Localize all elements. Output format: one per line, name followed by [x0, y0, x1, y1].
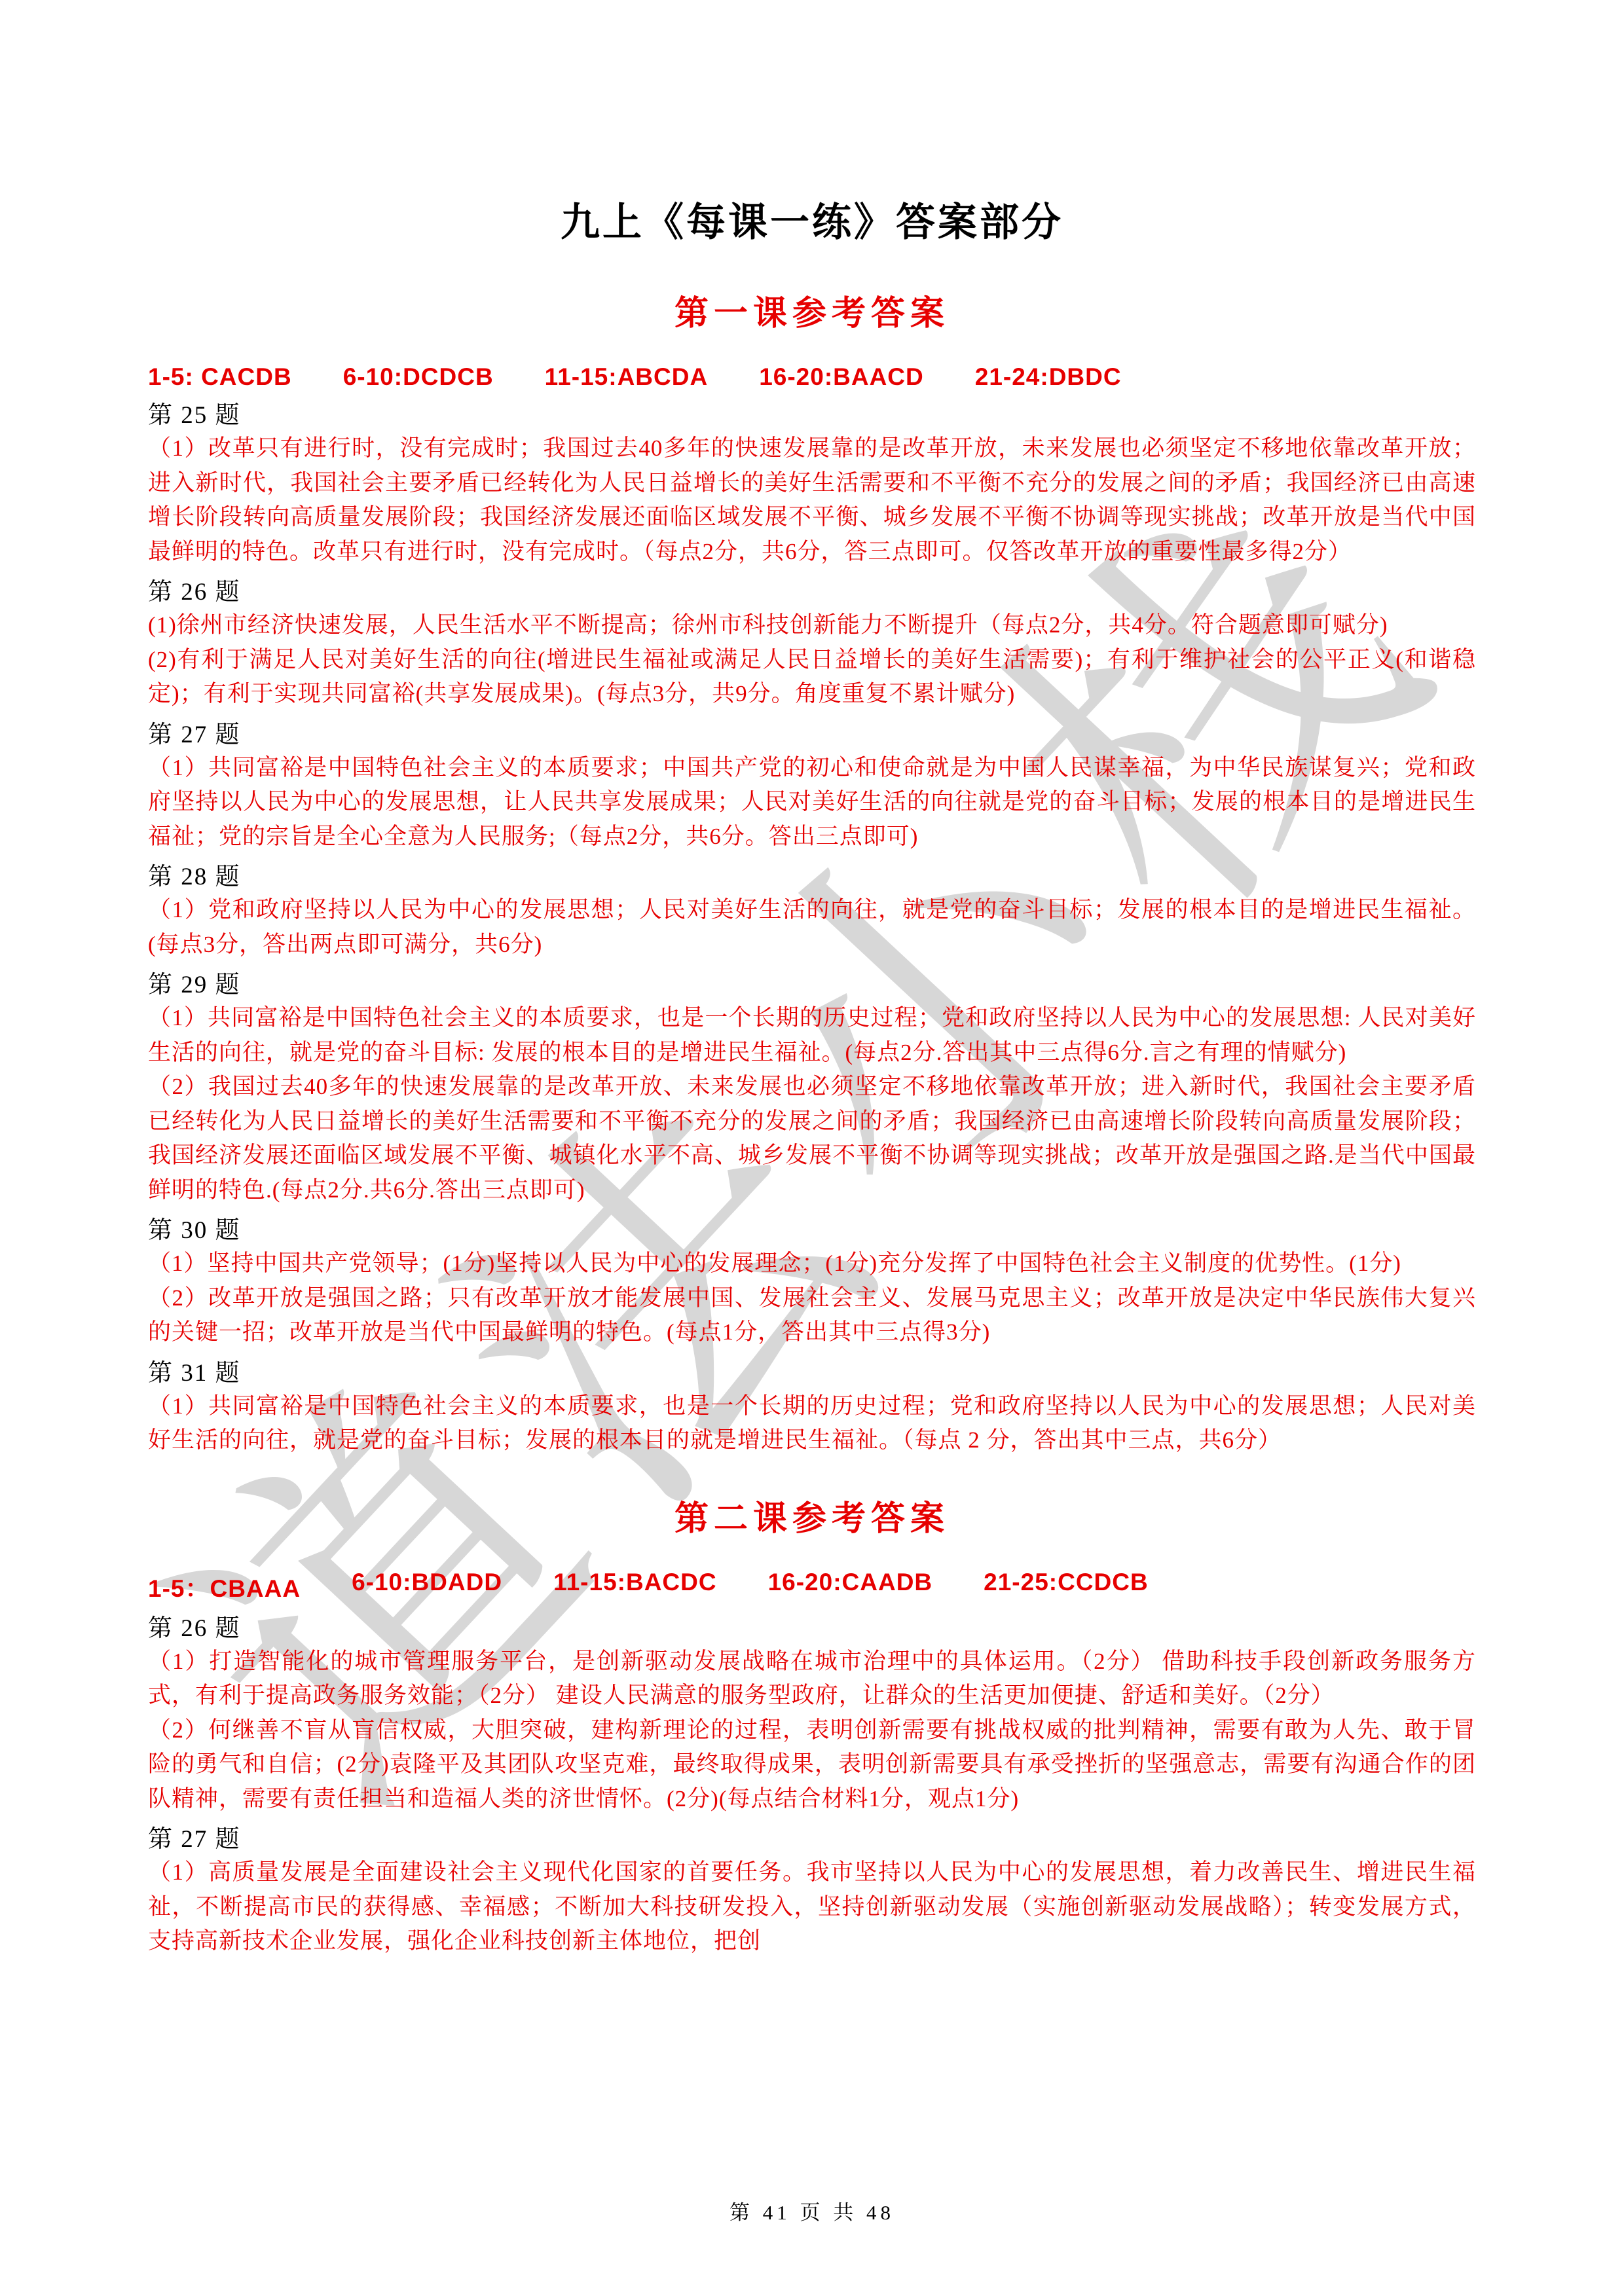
- answer-key-group: 11-15:ABCDA: [545, 363, 709, 391]
- answer-paragraph: （1）共同富裕是中国特色社会主义的本质要求，也是一个长期的历史过程；党和政府坚持…: [148, 1001, 1476, 1070]
- answer-paragraph: （1）高质量发展是全面建设社会主义现代化国家的首要任务。我市坚持以人民为中心的发…: [148, 1855, 1476, 1959]
- answer-key-group: 21-24:DBDC: [975, 363, 1122, 391]
- answer-key-group: 21-25:CCDCB: [984, 1569, 1149, 1604]
- question-label: 第 28 题: [148, 856, 1476, 892]
- answer-paragraph: （2）改革开放是强国之路；只有改革开放才能发展中国、发展社会主义、发展马克思主义…: [148, 1281, 1476, 1350]
- answer-paragraph: （2）何继善不盲从盲信权威，大胆突破，建构新理论的过程，表明创新需要有挑战权威的…: [148, 1713, 1476, 1817]
- question-label: 第 25 题: [148, 395, 1476, 430]
- question-block-26-lesson2: 第 26 题 （1）打造智能化的城市管理服务平台，是创新驱动发展战略在城市治理中…: [148, 1608, 1476, 1817]
- answer-paragraph: （1）共同富裕是中国特色社会主义的本质要求；中国共产党的初心和使命就是为中国人民…: [148, 751, 1476, 854]
- section-1-answer-key-line: 1-5: CACDB 6-10:DCDCB 11-15:ABCDA 16-20:…: [148, 363, 1476, 391]
- question-label: 第 27 题: [148, 1819, 1476, 1854]
- section-2-answer-key-line: 1-5：CBAAA 6-10:BDADD 11-15:BACDC 16-20:C…: [148, 1569, 1476, 1604]
- answer-key-group: 6-10:BDADD: [352, 1569, 502, 1604]
- question-label: 第 29 题: [148, 964, 1476, 1000]
- answer-key-group: 6-10:DCDCB: [343, 363, 494, 391]
- question-label: 第 26 题: [148, 1608, 1476, 1643]
- question-label: 第 31 题: [148, 1353, 1476, 1388]
- answer-paragraph: （1）改革只有进行时，没有完成时；我国过去40多年的快速发展靠的是改革开放，未来…: [148, 431, 1476, 569]
- question-block-31: 第 31 题 （1）共同富裕是中国特色社会主义的本质要求，也是一个长期的历史过程…: [148, 1353, 1476, 1458]
- question-block-27: 第 27 题 （1）共同富裕是中国特色社会主义的本质要求；中国共产党的初心和使命…: [148, 714, 1476, 854]
- answer-key-group: 11-15:BACDC: [553, 1569, 717, 1604]
- question-block-27-lesson2: 第 27 题 （1）高质量发展是全面建设社会主义现代化国家的首要任务。我市坚持以…: [148, 1819, 1476, 1959]
- question-label: 第 30 题: [148, 1210, 1476, 1245]
- section-1-heading: 第一课参考答案: [148, 285, 1476, 335]
- answer-key-group: 16-20:BAACD: [759, 363, 924, 391]
- question-block-25: 第 25 题 （1）改革只有进行时，没有完成时；我国过去40多年的快速发展靠的是…: [148, 395, 1476, 569]
- answer-paragraph: （1）打造智能化的城市管理服务平台，是创新驱动发展战略在城市治理中的具体运用。（…: [148, 1645, 1476, 1713]
- answer-paragraph: (2)有利于满足人民对美好生活的向往(增进民生福祉或满足人民日益增长的美好生活需…: [148, 643, 1476, 712]
- answer-paragraph: （2）我国过去40多年的快速发展靠的是改革开放、未来发展也必须坚定不移地依靠改革…: [148, 1070, 1476, 1207]
- question-block-30: 第 30 题 （1）坚持中国共产党领导；(1分)坚持以人民为中心的发展理念；(1…: [148, 1210, 1476, 1350]
- question-label: 第 26 题: [148, 572, 1476, 607]
- section-lesson-1: 第一课参考答案 1-5: CACDB 6-10:DCDCB 11-15:ABCD…: [148, 285, 1476, 1458]
- section-lesson-2: 第二课参考答案 1-5：CBAAA 6-10:BDADD 11-15:BACDC…: [148, 1491, 1476, 1959]
- question-block-29: 第 29 题 （1）共同富裕是中国特色社会主义的本质要求，也是一个长期的历史过程…: [148, 964, 1476, 1207]
- answer-key-group: 1-5: CACDB: [148, 363, 292, 391]
- answer-paragraph: （1）共同富裕是中国特色社会主义的本质要求，也是一个长期的历史过程；党和政府坚持…: [148, 1389, 1476, 1458]
- question-block-26: 第 26 题 (1)徐州市经济快速发展，人民生活水平不断提高；徐州市科技创新能力…: [148, 572, 1476, 712]
- document-title: 九上《每课一练》答案部分: [148, 191, 1476, 247]
- answer-paragraph: （1）坚持中国共产党领导；(1分)坚持以人民为中心的发展理念；(1分)充分发挥了…: [148, 1247, 1476, 1281]
- answer-key-group: 16-20:CAADB: [768, 1569, 933, 1604]
- page-footer: 第 41 页 共 48: [0, 2196, 1624, 2225]
- section-2-heading: 第二课参考答案: [148, 1491, 1476, 1540]
- answer-paragraph: (1)徐州市经济快速发展，人民生活水平不断提高；徐州市科技创新能力不断提升（每点…: [148, 608, 1476, 643]
- document-page: 道法小栈 九上《每课一练》答案部分 第一课参考答案 1-5: CACDB 6-1…: [0, 0, 1624, 2296]
- answer-key-group: 1-5：CBAAA: [148, 1569, 301, 1604]
- question-label: 第 27 题: [148, 714, 1476, 750]
- question-block-28: 第 28 题 （1）党和政府坚持以人民为中心的发展思想；人民对美好生活的向往，就…: [148, 856, 1476, 962]
- answer-paragraph: （1）党和政府坚持以人民为中心的发展思想；人民对美好生活的向往，就是党的奋斗目标…: [148, 893, 1476, 962]
- document-content: 九上《每课一练》答案部分 第一课参考答案 1-5: CACDB 6-10:DCD…: [0, 0, 1624, 1959]
